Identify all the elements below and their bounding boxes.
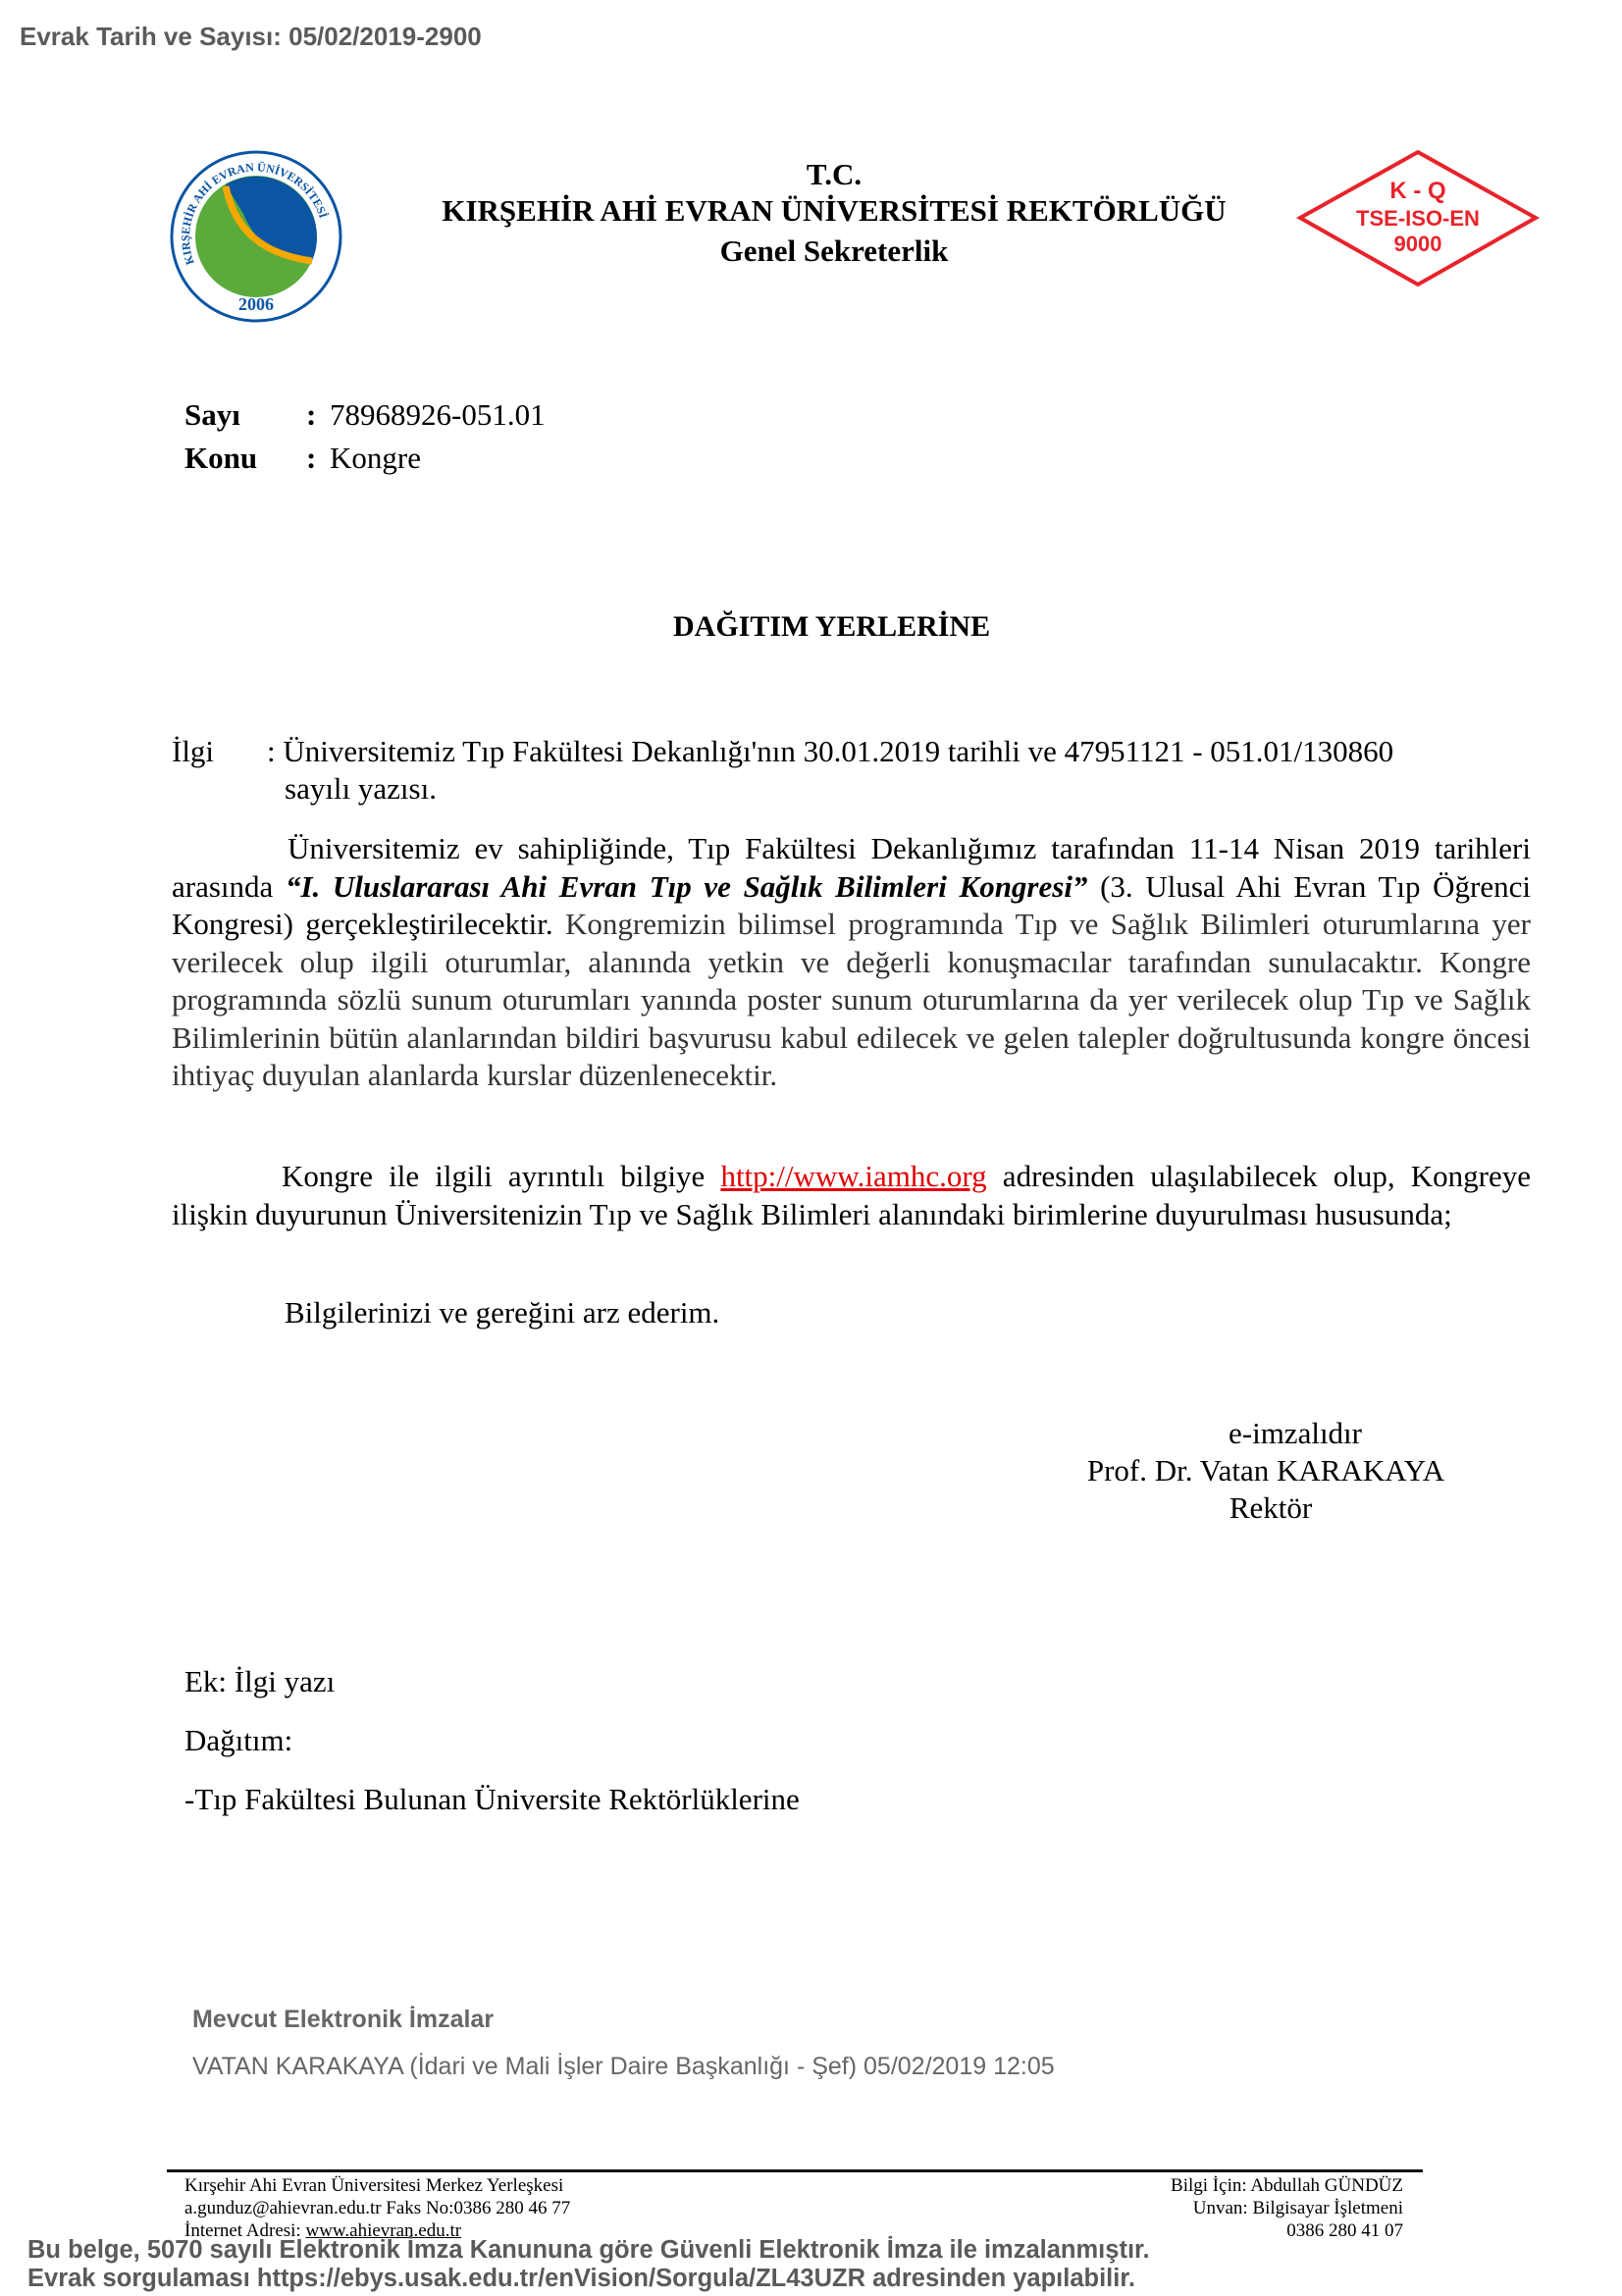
university-logo: 2006 KIRŞEHİR AHİ EVRAN ÜNİVERSİTESİ (165, 145, 347, 328)
header-department: Genel Sekreterlik (392, 234, 1276, 269)
sayi-value: 78968926-051.01 (330, 397, 546, 433)
ilgi-reference-cont: sayılı yazısı. (285, 771, 437, 807)
attachment-note: Ek: İlgi yazı (184, 1664, 335, 1699)
svg-text:2006: 2006 (238, 294, 274, 314)
tse-quality-mark-icon: K - Q TSE-ISO-EN 9000 (1295, 147, 1541, 294)
body-paragraph-1: Üniversitemiz ev sahipliğinde, Tıp Fakül… (172, 830, 1531, 1095)
svg-text:TSE-ISO-EN: TSE-ISO-EN (1356, 206, 1480, 231)
congress-title: “I. Uluslararası Ahi Evran Tıp ve Sağlık… (286, 869, 1088, 904)
closing-sentence: Bilgilerinizi ve gereğini arz ederim. (285, 1295, 719, 1331)
svg-text:K - Q: K - Q (1389, 178, 1445, 204)
body-paragraph-2: Kongre ile ilgili ayrıntılı bilgiye http… (172, 1158, 1531, 1233)
e-signed-status: e-imzalıdır (1040, 1415, 1491, 1452)
signer-title: Rektör (1040, 1489, 1491, 1527)
konu-colon: : (306, 441, 316, 476)
konu-value: Kongre (330, 441, 421, 476)
footer-contact: Kırşehir Ahi Evran Üniversitesi Merkez Y… (184, 2174, 570, 2242)
recipient-title: DAĞITIM YERLERİNE (673, 610, 990, 644)
tse-iso-logo: K - Q TSE-ISO-EN 9000 (1295, 147, 1541, 294)
svg-text:9000: 9000 (1394, 232, 1442, 256)
footer-divider (167, 2169, 1423, 2172)
distribution-item: -Tıp Fakültesi Bulunan Üniversite Rektör… (184, 1782, 800, 1817)
signer-name: Prof. Dr. Vatan KARAKAYA (1040, 1452, 1491, 1489)
congress-website-link[interactable]: http://www.iamhc.org (720, 1159, 986, 1193)
e-signature-verification-stamp: Bu belge, 5070 sayılı Elektronik İmza Ka… (27, 2236, 1150, 2293)
university-emblem-icon: 2006 KIRŞEHİR AHİ EVRAN ÜNİVERSİTESİ (165, 145, 347, 328)
e-signature-entry: VATAN KARAKAYA (İdari ve Mali İşler Dair… (192, 2053, 1055, 2081)
sayi-colon: : (306, 397, 316, 433)
document-date-number-stamp: Evrak Tarih ve Sayısı: 05/02/2019-2900 (20, 22, 482, 52)
footer-info: Bilgi İçin: Abdullah GÜNDÜZ Unvan: Bilgi… (1079, 2174, 1403, 2242)
header-university-name: KIRŞEHİR AHİ EVRAN ÜNİVERSİTESİ REKTÖRLÜ… (392, 193, 1276, 229)
sayi-label: Sayı (184, 397, 240, 433)
distribution-label: Dağıtım: (184, 1723, 292, 1758)
konu-label: Konu (184, 441, 257, 476)
signature-block: e-imzalıdır Prof. Dr. Vatan KARAKAYA Rek… (1040, 1415, 1491, 1527)
ilgi-label: İlgi (172, 734, 214, 769)
ilgi-reference: : Üniversitemiz Tıp Fakültesi Dekanlığı'… (267, 734, 1393, 769)
header-tc: T.C. (392, 157, 1276, 192)
e-signatures-title: Mevcut Elektronik İmzalar (192, 2006, 494, 2034)
